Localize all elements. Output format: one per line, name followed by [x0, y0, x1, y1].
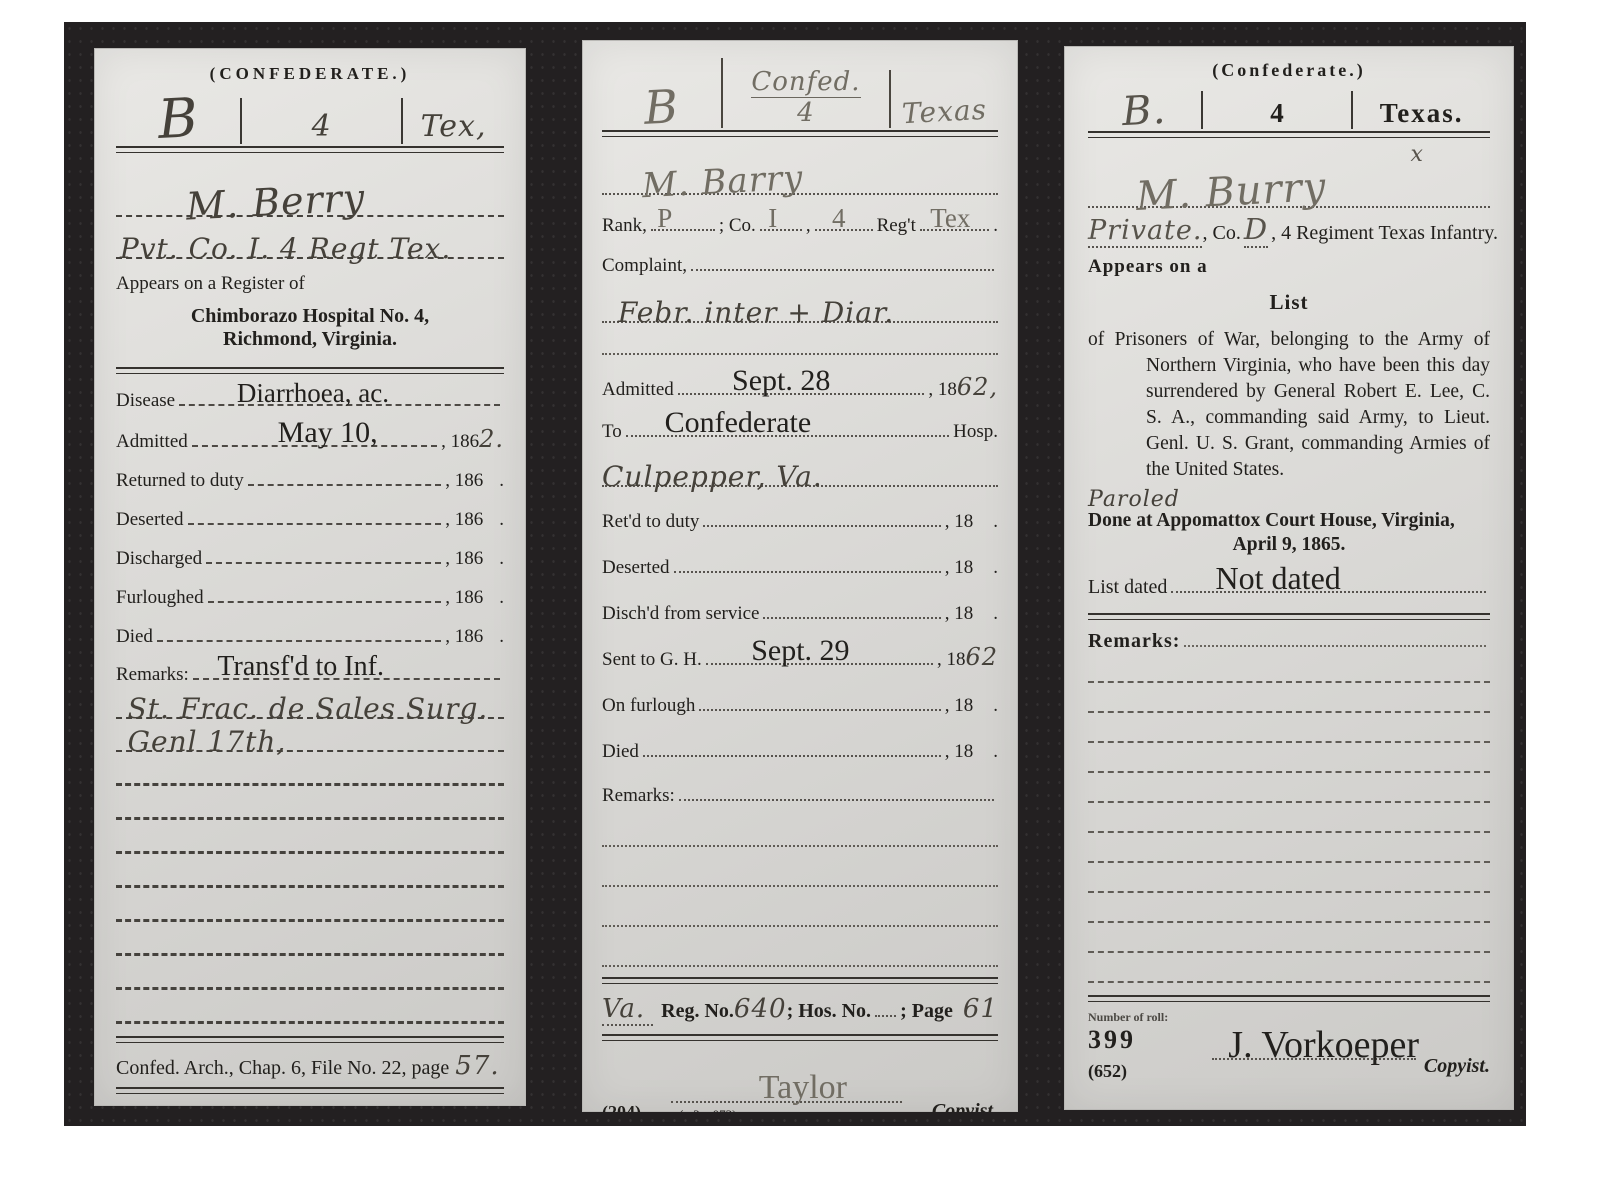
copyist-signature: Taylor: [759, 1071, 847, 1105]
roll-column: Number of roll: 399 (652): [1088, 1010, 1208, 1082]
sent-label: Sent to G. H.: [602, 649, 702, 671]
index-confed: Confed.: [751, 67, 860, 98]
card-header: (Confederate.): [1088, 60, 1490, 81]
end-dot: .: [993, 557, 998, 579]
field-line: [208, 583, 442, 603]
end-dot: .: [499, 587, 504, 609]
comma: ,: [806, 215, 811, 237]
index-letter-cell: B: [602, 87, 721, 128]
rank-value: P: [657, 205, 672, 232]
soldier-name-line: M. Burry: [1088, 150, 1490, 208]
year-print: , 18: [937, 649, 966, 671]
year-hand: 62,: [957, 373, 998, 401]
rank-label: Rank,: [602, 215, 647, 237]
field-line: Diarrhoea, ac.: [179, 386, 500, 406]
end-dot: .: [993, 741, 998, 763]
double-rule: [1088, 995, 1490, 1002]
field-row: Furloughed , 186 .: [116, 583, 504, 609]
field-label: Ret'd to duty: [602, 511, 699, 533]
blank-line: [602, 965, 998, 967]
field-row: Died , 186 .: [116, 622, 504, 648]
copyist-label: Copyist.: [932, 1100, 998, 1112]
remarks-line-2: St. Frac. de Sales Surg.: [116, 686, 504, 719]
complaint-value: Febr. inter + Diar.: [618, 299, 894, 327]
end-dot: .: [993, 603, 998, 625]
year-print: , 18: [945, 741, 974, 763]
blank-line: [1088, 711, 1490, 713]
year-print: , 18: [945, 557, 974, 579]
end-dot: .: [499, 470, 504, 492]
to-value: Confederate: [665, 408, 812, 438]
field-line: [248, 466, 442, 486]
field-label: Furloughed: [116, 587, 204, 609]
plate-number: (204): [602, 1102, 641, 1112]
remarks-label: Remarks:: [602, 785, 675, 807]
index-number: 4: [312, 109, 332, 144]
admitted-row: Admitted Sept. 28 , 18 62,: [602, 373, 998, 401]
co-line: I: [760, 211, 802, 231]
field-row-disease: Disease Diarrhoea, ac.: [116, 386, 504, 412]
card-pow-parole-list: (Confederate.) B. 4 Texas. x M. Burry Pr…: [1064, 46, 1514, 1110]
year-print: , 18: [945, 511, 974, 533]
to-label: To: [602, 421, 622, 443]
field-label: Deserted: [116, 509, 184, 531]
year-print: , 186: [445, 626, 483, 648]
field-line: [699, 691, 940, 711]
remarks-row: Remarks:: [602, 781, 998, 807]
done-line-1: Done at Appomattox Court House, Virginia…: [1088, 510, 1490, 532]
scan-page: { "colors": { "photo_bg": "#232021", "pa…: [0, 0, 1600, 1200]
remarks-label: Remarks:: [1088, 630, 1180, 653]
index-row: B Confed. 4 Texas: [602, 52, 998, 128]
blank-line: [116, 851, 504, 854]
blank-line: [1088, 861, 1490, 863]
field-row: On furlough , 18 .: [602, 691, 998, 717]
index-letter: B: [643, 86, 680, 129]
admitted-value: Sept. 28: [732, 366, 830, 396]
field-row: Disch'd from service , 18 .: [602, 599, 998, 625]
blank-line: [602, 845, 998, 847]
hos-line: [875, 996, 896, 1017]
roll-number: 399: [1088, 1025, 1208, 1055]
field-line: [157, 622, 441, 642]
unit-line: Pvt. Co. I. 4 Regt Tex.: [116, 217, 504, 259]
field-line: [643, 737, 941, 757]
field-label: Returned to duty: [116, 470, 244, 492]
reg-label: Reg. No.: [661, 1000, 734, 1023]
index-letter-cell: B.: [1088, 93, 1201, 129]
list-dated-line: Not dated: [1171, 572, 1486, 593]
citation-row: Confed. Arch., Chap. 6, File No. 22, pag…: [116, 1051, 504, 1081]
index-state-cell: Texas.: [1353, 98, 1490, 129]
year-print: , 186: [445, 548, 483, 570]
page-label: ; Page: [900, 1000, 953, 1023]
remarks-value-3: Genl 17th,: [128, 728, 287, 756]
signature-line: J. Vorkoeper: [1212, 1043, 1416, 1060]
regiment-number-line: 4: [815, 211, 873, 231]
soldier-name: M. Burry: [1135, 167, 1327, 217]
year-hand: 62: [965, 643, 998, 671]
co-label: , Co.: [1202, 222, 1240, 245]
list-title: List: [1088, 290, 1490, 315]
index-number-cell: 4: [1203, 98, 1352, 129]
roll-label: Number of roll:: [1088, 1010, 1208, 1025]
index-row: B 4 Tex,: [116, 86, 504, 144]
citation-page-hand: 57.: [455, 1051, 499, 1081]
end-dot: .: [499, 626, 504, 648]
field-label: Disch'd from service: [602, 603, 759, 625]
hosp-suffix: Hosp.: [953, 421, 998, 443]
double-rule: [116, 1036, 504, 1043]
card-hospital-slip: B Confed. 4 Texas M. Barry Rank, P ; Co.…: [582, 40, 1018, 1112]
hospital-line-2: Richmond, Virginia.: [116, 328, 504, 351]
blank-line: [602, 353, 998, 355]
index-number: 4: [797, 98, 815, 128]
signature-line: Taylor: [671, 1085, 902, 1103]
unit-text: Pvt. Co. I. 4 Regt Tex.: [120, 235, 451, 263]
field-line: [674, 553, 941, 573]
blank-line: [1088, 981, 1490, 983]
admitted-label: Admitted: [602, 379, 674, 401]
field-label: Deserted: [602, 557, 670, 579]
index-letter-cell: B: [116, 95, 240, 144]
blank-line: [116, 783, 504, 786]
remarks-label: Remarks:: [116, 664, 189, 686]
card-chimborazo-register: (CONFEDERATE.) B 4 Tex, M. Berry Pvt. Co…: [94, 48, 526, 1106]
signature-row: (204) Taylor (o 3—073) Copyist.: [602, 1085, 998, 1112]
done-line-2: April 9, 1865.: [1088, 534, 1490, 556]
hospital-line-1: Chimborazo Hospital No. 4,: [116, 305, 504, 328]
remarks-line-3: Genl 17th,: [116, 719, 504, 752]
unit-suffix: , 4 Regiment Texas Infantry.: [1271, 222, 1498, 245]
co-value: I: [768, 205, 777, 232]
index-state-cell: Tex,: [403, 109, 504, 144]
register-row: Va. Reg. No. 640 ; Hos. No. ; Page 61: [602, 994, 998, 1026]
co-label: ; Co.: [719, 215, 756, 237]
end-dot: .: [499, 548, 504, 570]
index-number-cell: Confed. 4: [723, 67, 889, 128]
field-line: [703, 507, 940, 527]
sent-line: Sept. 29: [706, 645, 933, 665]
end-dot: .: [993, 215, 998, 237]
reg-value: 640: [734, 994, 787, 1024]
year-hand: 2.: [479, 425, 504, 453]
paroled-hand: Paroled: [1088, 487, 1180, 512]
year-print: , 18: [945, 603, 974, 625]
double-rule: [602, 1034, 998, 1041]
signature-row: Number of roll: 399 (652) J. Vorkoeper C…: [1088, 1010, 1490, 1082]
field-line: [206, 544, 441, 564]
blank-line: [602, 885, 998, 887]
blank-line: [1088, 921, 1490, 923]
year-print: , 18: [945, 695, 974, 717]
rank-value: Private.: [1088, 215, 1202, 248]
hos-label: ; Hos. No.: [787, 1000, 871, 1023]
blank-line: [116, 953, 504, 956]
field-value: Diarrhoea, ac.: [237, 380, 389, 407]
card-header: (CONFEDERATE.): [116, 64, 504, 84]
body-paragraph: of Prisoners of War, belonging to the Ar…: [1088, 327, 1490, 483]
field-label: Disease: [116, 390, 175, 412]
blank-line: [116, 885, 504, 888]
index-number-cell: 4: [242, 109, 401, 144]
field-row: Deserted , 18 .: [602, 553, 998, 579]
year-print: , 186: [445, 509, 483, 531]
field-line: [188, 505, 442, 525]
field-row: Died , 18 .: [602, 737, 998, 763]
end-dot: .: [993, 695, 998, 717]
field-label: On furlough: [602, 695, 695, 717]
field-row: Ret'd to duty , 18 .: [602, 507, 998, 533]
year-print: , 186: [445, 470, 483, 492]
soldier-name-line: M. Barry: [602, 147, 998, 195]
field-label: Admitted: [116, 431, 188, 453]
complaint-label: Complaint,: [602, 255, 687, 277]
year-print: , 186: [441, 431, 479, 453]
remarks-row: Remarks: Transf'd to Inf.: [116, 660, 504, 686]
index-state: Tex,: [421, 109, 487, 144]
double-rule: [116, 367, 504, 374]
page-value: 61: [963, 994, 998, 1024]
blank-line: [1088, 951, 1490, 953]
list-dated-value: Not dated: [1215, 562, 1340, 594]
to-row: To Confederate Hosp.: [602, 417, 998, 443]
complaint-line: [691, 251, 994, 271]
blank-line: [602, 925, 998, 927]
copyist-signature: J. Vorkoeper: [1228, 1026, 1419, 1064]
blank-line: [1088, 771, 1490, 773]
end-dot: .: [993, 511, 998, 533]
complaint-row: Complaint,: [602, 251, 998, 277]
blank-line: [116, 919, 504, 922]
rank-line: P: [651, 211, 715, 231]
remarks-line: [1184, 626, 1486, 647]
copyist-label: Copyist.: [1424, 1055, 1490, 1078]
index-state-cell: Texas: [891, 95, 998, 128]
regt-value: Tex: [930, 205, 970, 232]
double-rule: [116, 1087, 504, 1094]
signature-center: Taylor (o 3—073): [671, 1085, 902, 1112]
blank-line: [116, 817, 504, 820]
remarks-value-1: Transf'd to Inf.: [217, 653, 384, 681]
field-label: Discharged: [116, 548, 202, 570]
field-label: Died: [116, 626, 153, 648]
regt-line: Tex: [920, 211, 989, 231]
index-letter: B: [156, 94, 199, 145]
plate-number: (652): [1088, 1061, 1208, 1082]
field-row-admitted: Admitted May 10, , 186 2.: [116, 425, 504, 453]
index-row: B. 4 Texas.: [1088, 83, 1490, 129]
blank-line: [1088, 831, 1490, 833]
done-block: Paroled Done at Appomattox Court House, …: [1088, 485, 1490, 556]
blank-line: [116, 987, 504, 990]
complaint-value-line: Febr. inter + Diar.: [602, 285, 998, 323]
double-rule: [1088, 613, 1490, 620]
to-line: Confederate: [626, 417, 949, 437]
soldier-name: M. Barry: [641, 161, 804, 203]
remarks-line: Transf'd to Inf.: [193, 660, 500, 680]
photo-background: (CONFEDERATE.) B 4 Tex, M. Berry Pvt. Co…: [64, 22, 1526, 1126]
regt-label: Reg't: [877, 215, 916, 237]
sent-row: Sent to G. H. Sept. 29 , 18 62: [602, 643, 998, 671]
field-row: Returned to duty , 186 .: [116, 466, 504, 492]
field-row: Deserted , 186 .: [116, 505, 504, 531]
blank-line: [116, 1021, 504, 1024]
place-line: Culpepper, Va.: [602, 449, 998, 487]
list-dated-row: List dated Not dated: [1088, 572, 1490, 599]
citation-text: Confed. Arch., Chap. 6, File No. 22, pag…: [116, 1057, 449, 1080]
place-value: Culpepper, Va.: [602, 463, 823, 491]
appears-line: Appears on a Register of: [116, 273, 504, 295]
unit-row: Private. , Co. D , 4 Regiment Texas Infa…: [1088, 212, 1490, 248]
form-number: (o 3—073): [679, 1107, 902, 1112]
appears-line: Appears on a: [1088, 256, 1490, 278]
year-print: , 18: [928, 379, 957, 401]
double-rule: [602, 977, 998, 984]
field-line: May 10,: [192, 427, 437, 447]
soldier-name-line: M. Berry: [116, 165, 504, 217]
remarks-line: [679, 781, 994, 801]
blank-line: [1088, 801, 1490, 803]
field-value: May 10,: [278, 418, 378, 448]
state-hand: Va.: [602, 994, 653, 1026]
sent-value: Sept. 29: [751, 636, 849, 666]
regiment-number: 4: [832, 205, 846, 232]
field-row: Discharged , 186 .: [116, 544, 504, 570]
blank-line: [1088, 741, 1490, 743]
field-line: [763, 599, 940, 619]
end-dot: .: [499, 509, 504, 531]
admitted-line: Sept. 28: [678, 375, 925, 395]
index-letter: B.: [1121, 92, 1167, 130]
list-dated-label: List dated: [1088, 576, 1167, 599]
blank-line: [1088, 891, 1490, 893]
remarks-row: Remarks:: [1088, 626, 1490, 653]
co-value: D: [1244, 212, 1268, 248]
year-print: , 186: [445, 587, 483, 609]
field-label: Died: [602, 741, 639, 763]
index-state: Texas.: [1380, 98, 1464, 129]
index-number: 4: [1270, 98, 1284, 129]
blank-line: [1088, 681, 1490, 683]
index-state: Texas: [901, 93, 988, 130]
rank-row: Rank, P ; Co. I , 4 Reg't Tex .: [602, 211, 998, 237]
